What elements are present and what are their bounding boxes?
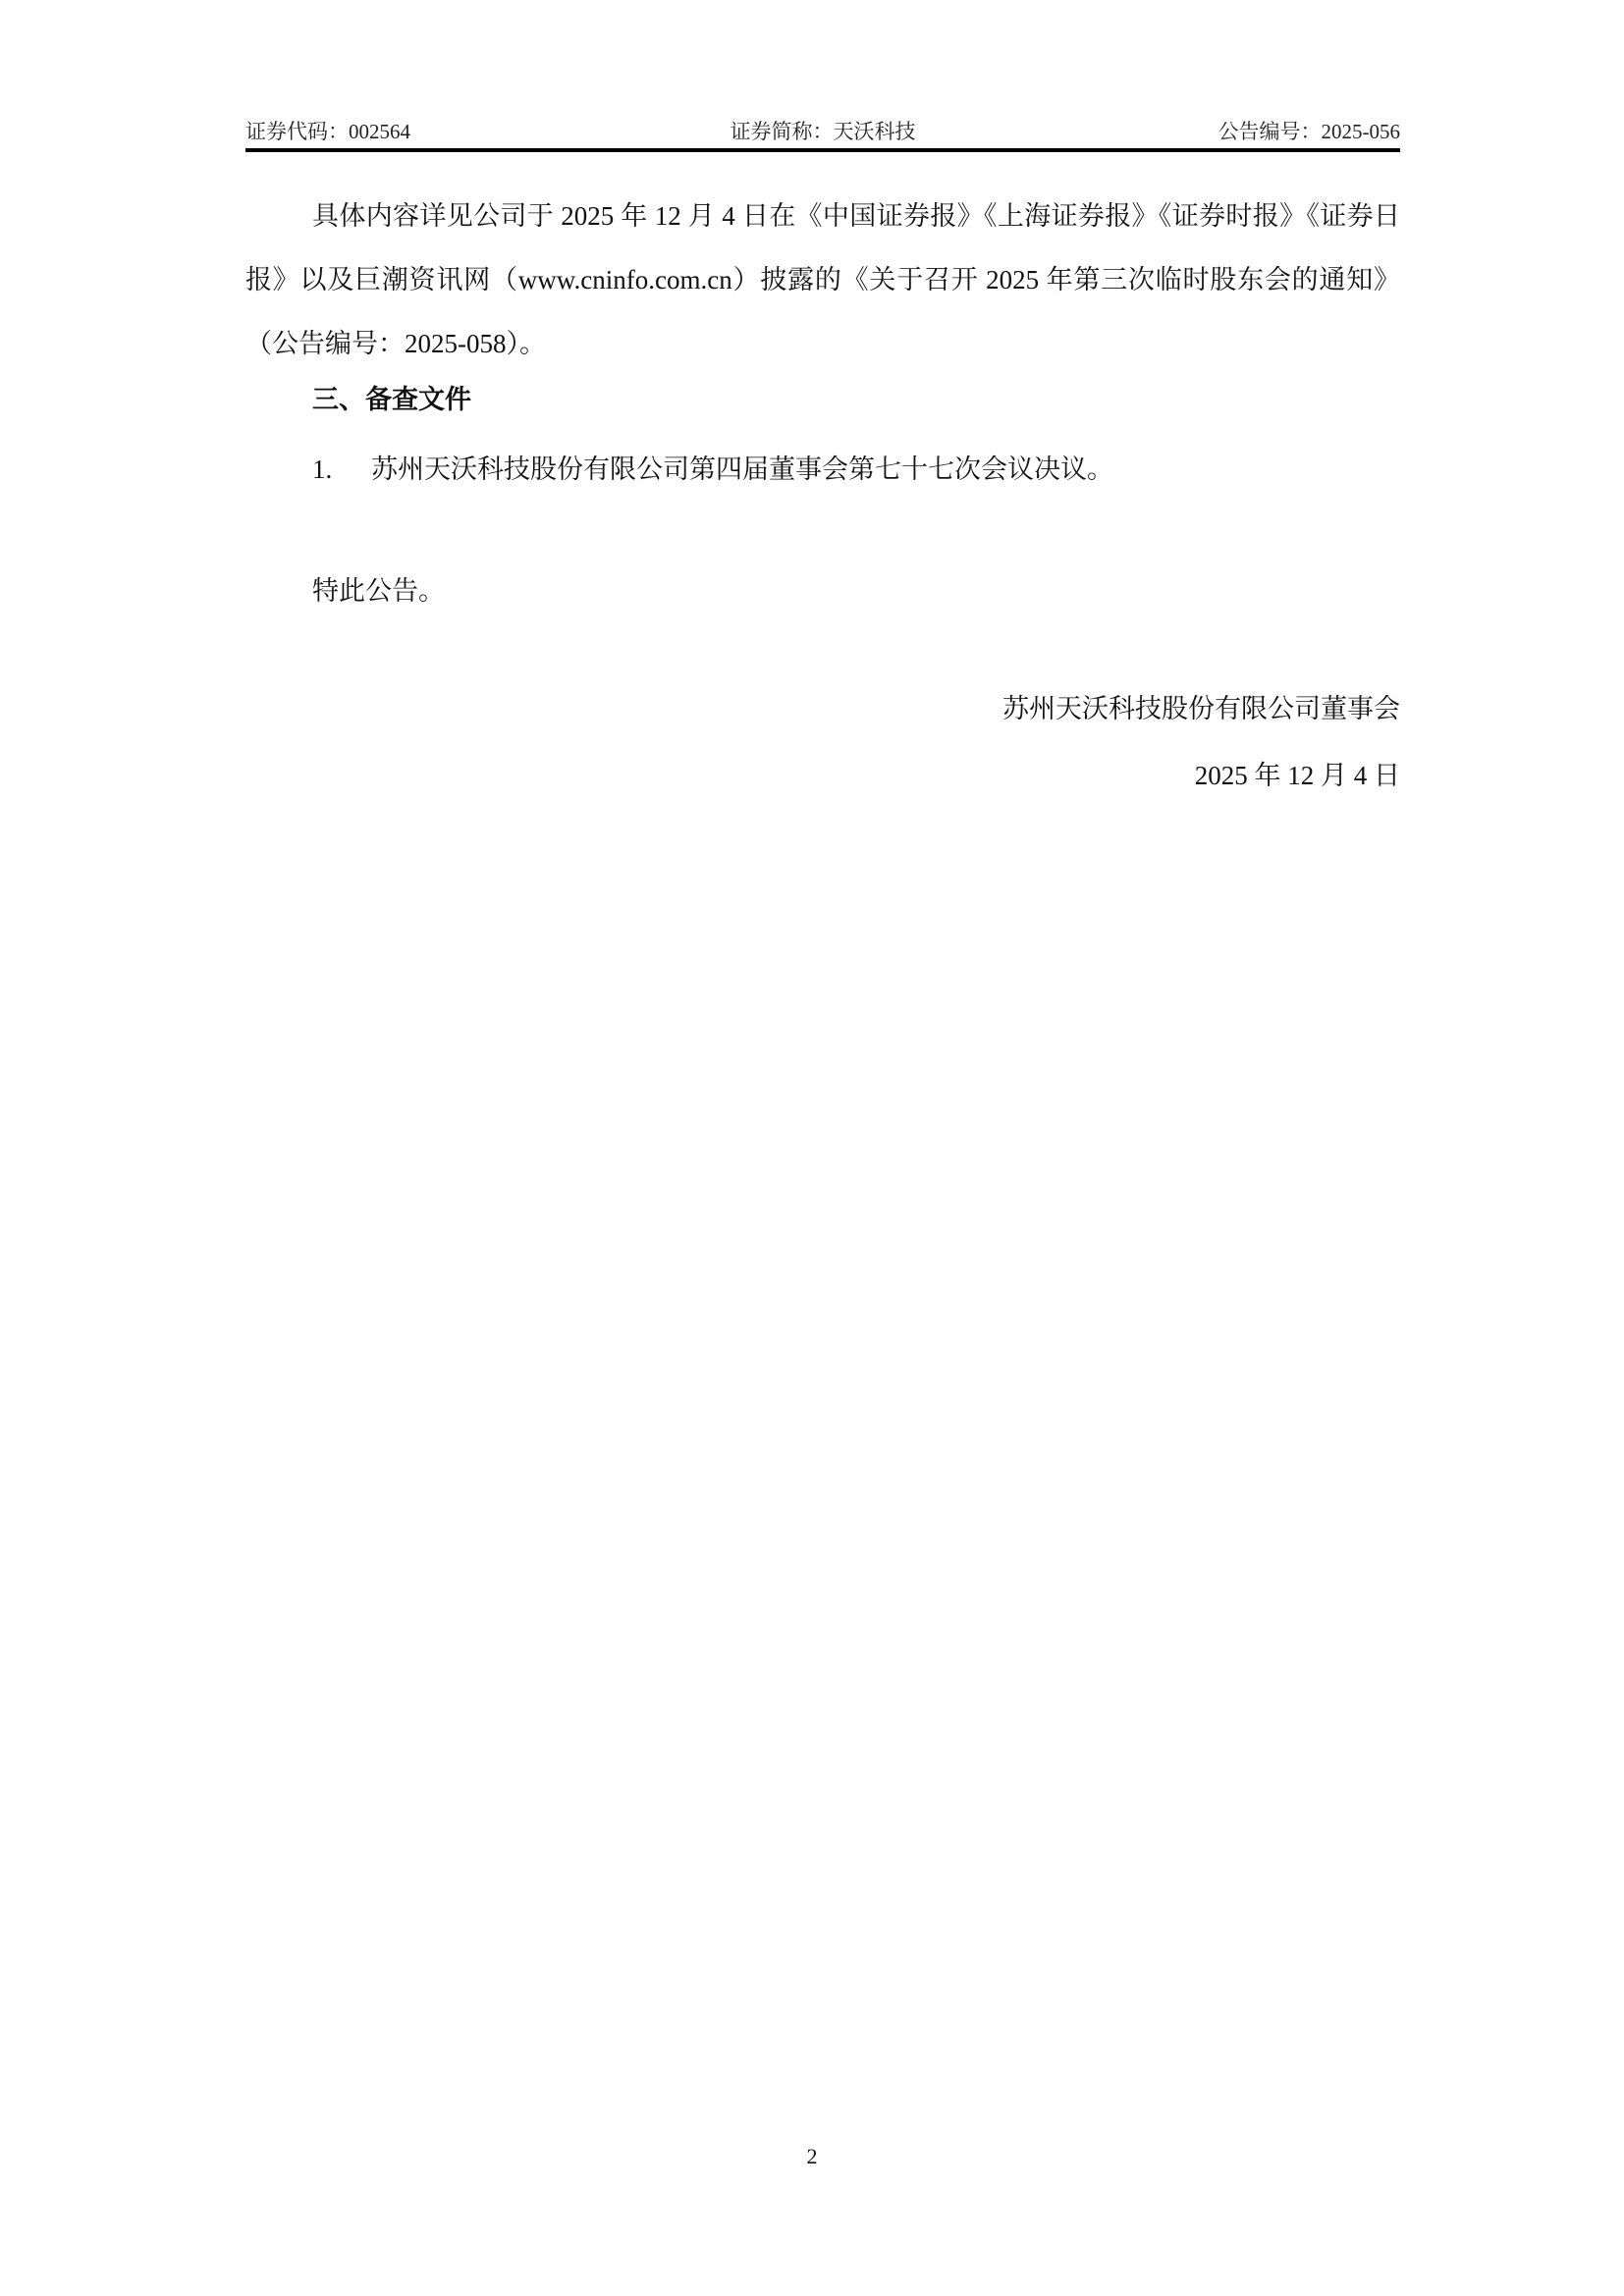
signature-date: 2025 年 12 月 4 日	[1195, 756, 1400, 795]
signature-company: 苏州天沃科技股份有限公司董事会	[1002, 689, 1400, 728]
announcement-number: 公告编号：2025-056	[1218, 116, 1401, 145]
list-item-number: 1.	[312, 450, 371, 489]
closing-remark: 特此公告。	[312, 571, 445, 611]
page-number: 2	[0, 2144, 1624, 2169]
list-item: 1.苏州天沃科技股份有限公司第四届董事会第七十七次会议决议。	[312, 450, 1113, 489]
section-title: 三、备查文件	[312, 381, 471, 420]
page-header: 证券代码：002564 证券简称：天沃科技 公告编号：2025-056	[245, 116, 1400, 145]
body-paragraph: 具体内容详见公司于 2025 年 12 月 4 日在《中国证券报》《上海证券报》…	[245, 185, 1400, 376]
list-item-text: 苏州天沃科技股份有限公司第四届董事会第七十七次会议决议。	[371, 454, 1113, 484]
header-divider	[245, 148, 1400, 152]
